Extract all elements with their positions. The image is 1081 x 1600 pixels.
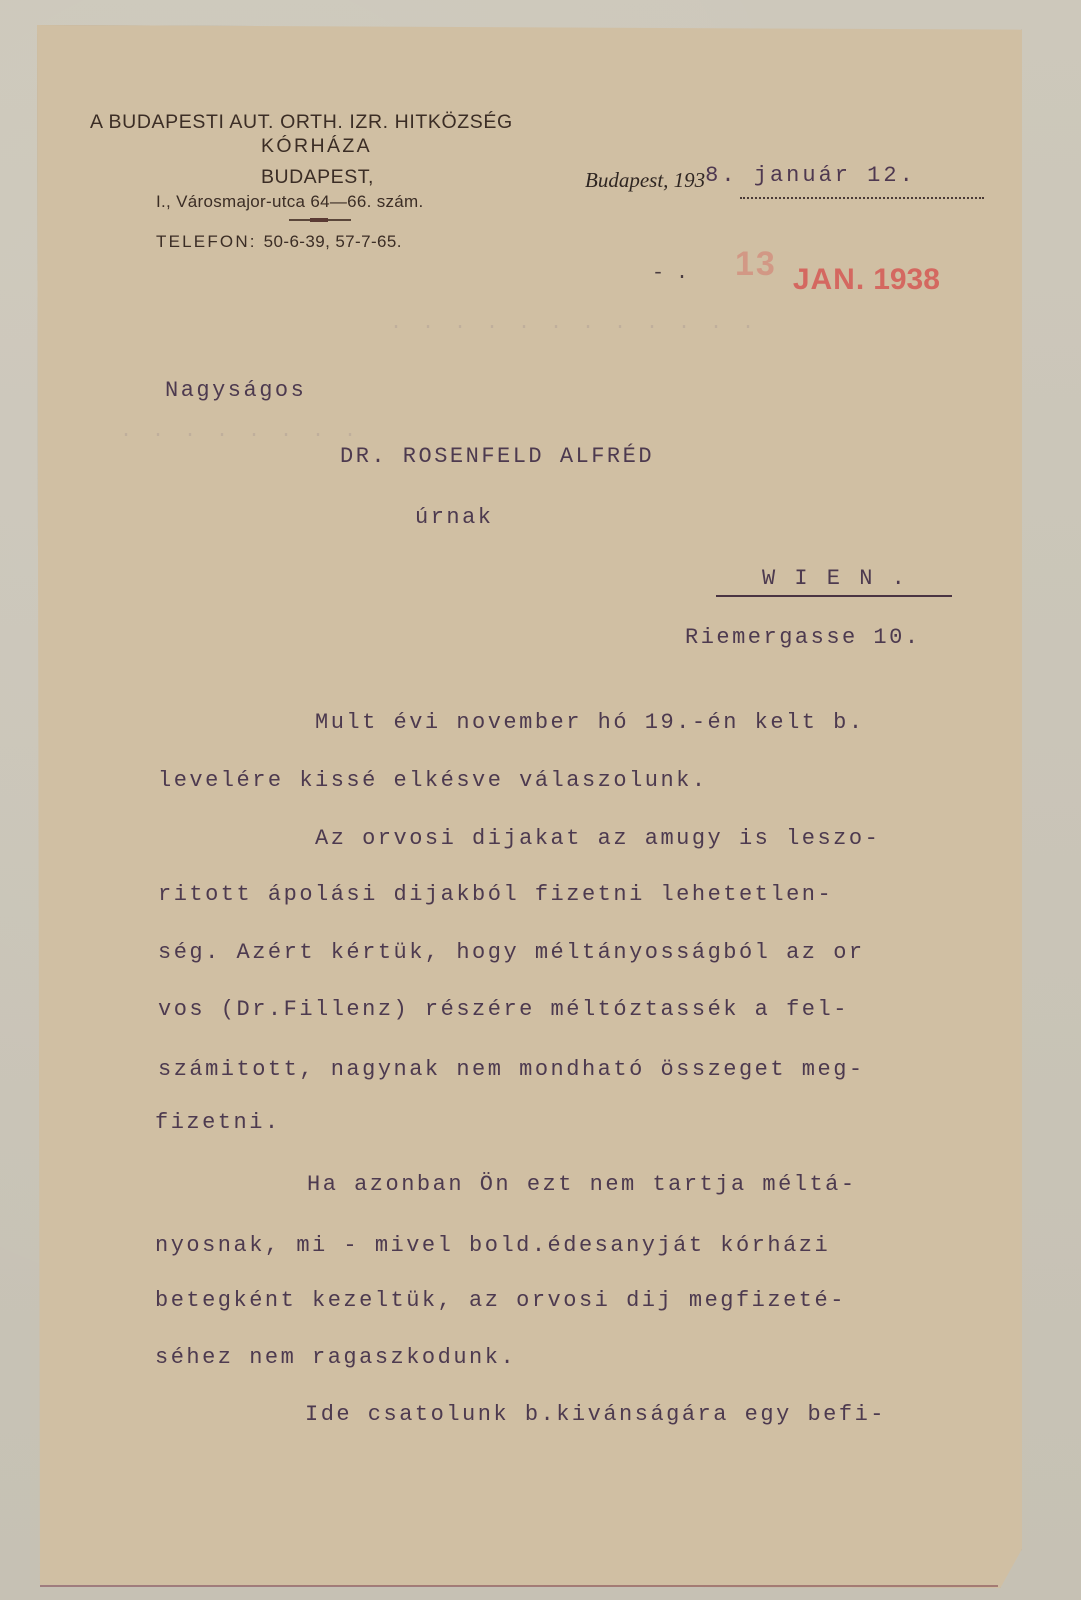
letterhead-city: BUDAPEST, [261,166,374,189]
letterhead-organization: A BUDAPESTI AUT. ORTH. IZR. HITKÖZSÉG [90,111,513,134]
body-line: Az orvosi dijakat az amugy is leszo- [315,826,880,851]
body-line: ség. Azért kértük, hogy méltányosságból … [158,940,865,965]
body-line: Ha azonban Ön ezt nem tartja méltá- [307,1172,857,1197]
stamp-year: 1938 [873,263,940,296]
body-line: levelére kissé elkésve válaszolunk. [158,768,708,793]
body-line: vos (Dr.Fillenz) részére méltóztassék a … [158,997,849,1022]
body-line: számitott, nagynak nem mondható összeget… [158,1057,865,1082]
stamp-day: 13 [735,245,777,283]
body-line: Mult évi november hó 19.-én kelt b. [315,710,865,735]
phone-numbers: 50-6-39, 57-7-65. [264,232,402,251]
body-line: séhez nem ragaszkodunk. [155,1345,516,1370]
show-through-text: . . . . . . . . [120,420,360,443]
show-through-text: . . . . . . . . . . . . [390,312,758,335]
letter-date: Budapest, 1938. január 12. [585,168,916,194]
recipient-name: DR. ROSENFELD ALFRÉD [340,444,654,469]
letterhead-divider [289,219,351,221]
stamp-month: JAN. [793,263,865,296]
paper-bottom-edge [40,1585,998,1587]
body-line: fizetni. [155,1110,281,1135]
date-dotted-line [740,197,984,199]
body-line: nyosnak, mi - mivel bold.édesanyját kórh… [155,1233,830,1258]
body-line: betegként kezeltük, az orvosi dij megfiz… [155,1288,846,1313]
received-stamp: 13JAN.1938 [735,245,940,284]
phone-label: TELEFON: [156,232,257,251]
date-printed-prefix: Budapest, 193 [585,168,705,192]
recipient-city: W I E N . [762,566,908,591]
letterhead-subtitle: KÓRHÁZA [261,135,372,158]
stamp-marks: - . [652,262,688,285]
letterhead-address: I., Városmajor-utca 64—66. szám. [156,192,424,212]
recipient-honorific: úrnak [415,505,494,530]
date-typed-suffix: 8. január 12. [705,163,916,188]
body-line: Ide csatolunk b.kivánságára egy befi- [305,1402,886,1427]
body-line: ritott ápolási dijakból fizetni lehetetl… [158,882,833,907]
recipient-street: Riemergasse 10. [685,625,921,650]
letterhead-phone: TELEFON: 50-6-39, 57-7-65. [156,232,402,252]
city-underline [716,595,952,597]
recipient-salutation: Nagyságos [165,378,306,403]
